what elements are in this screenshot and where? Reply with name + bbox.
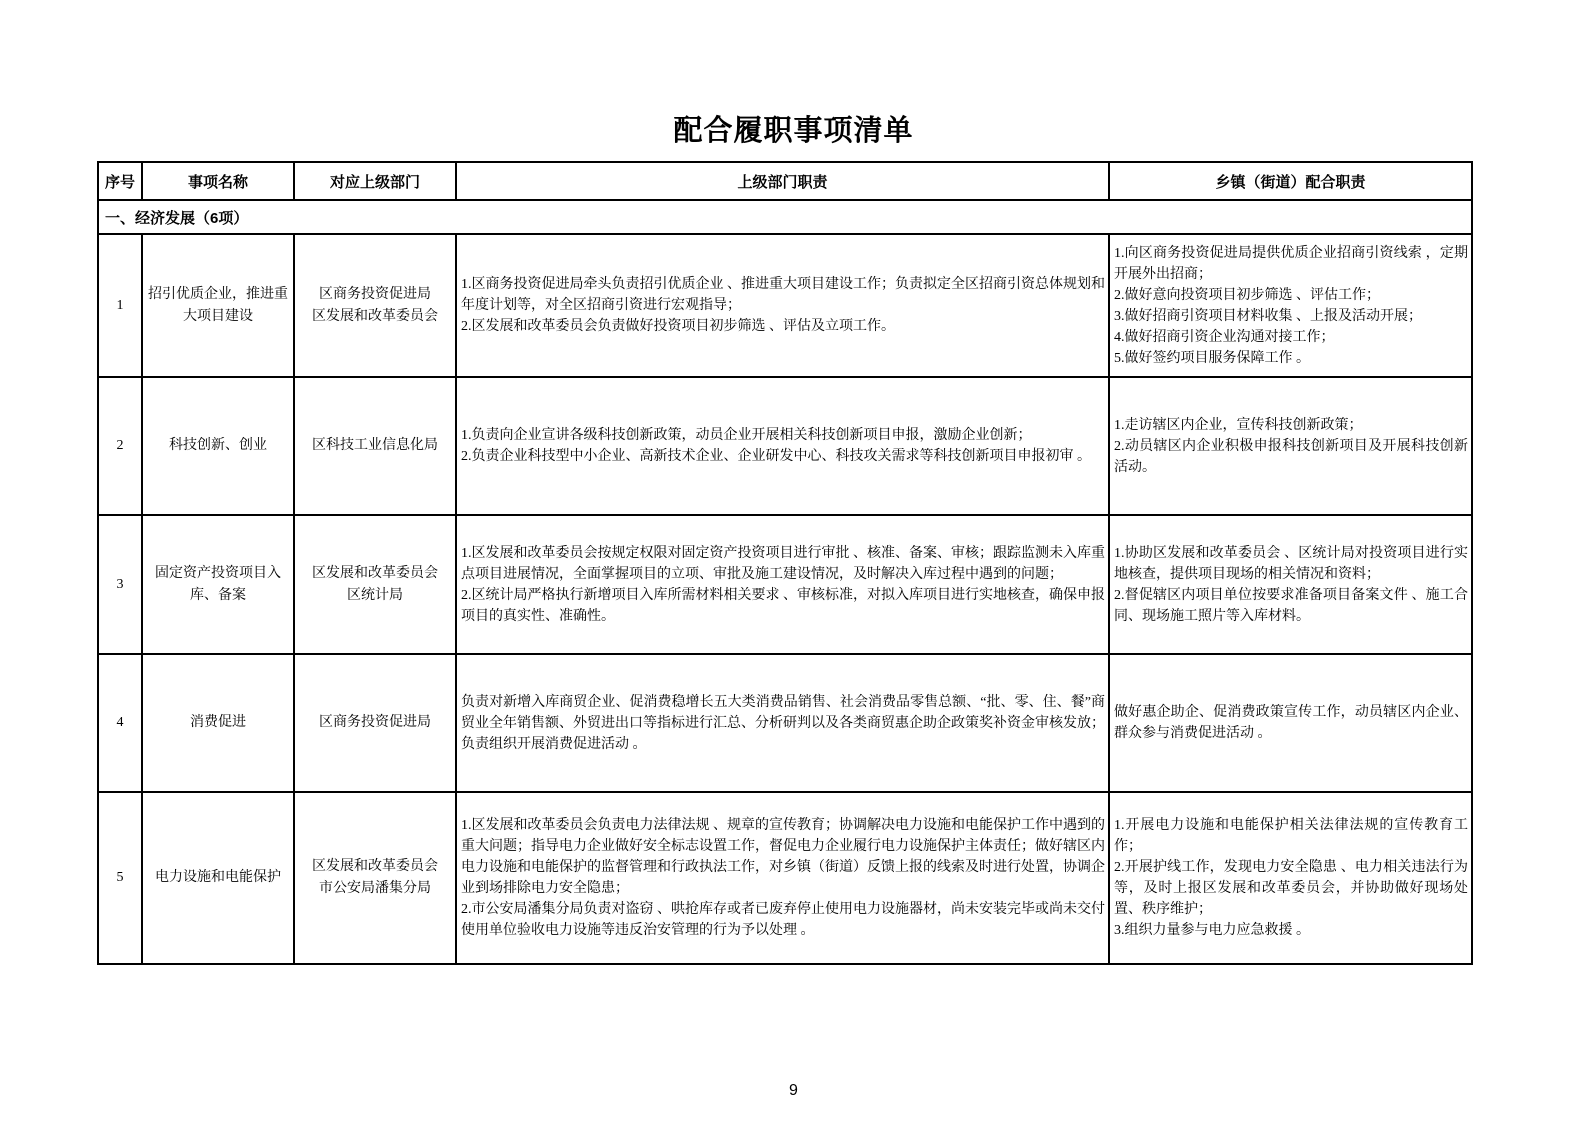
table-row: 2 科技创新、创业 区科技工业信息化局 1.负责向企业宣讲各级科技创新政策，动员…: [98, 377, 1472, 515]
cell-superior-duty: 1.区商务投资促进局牵头负责招引优质企业 、推进重大项目建设工作；负责拟定全区招…: [456, 234, 1109, 377]
cell-row-number: 5: [98, 792, 142, 964]
cell-superior-duty: 1.区发展和改革委员会按规定权限对固定资产投资项目进行审批 、核准、备案、审核；…: [456, 515, 1109, 654]
page-title: 配合履职事项清单: [0, 108, 1587, 149]
section-title: 一、经济发展（6项）: [98, 200, 1472, 234]
cell-item-name: 消费促进: [142, 654, 294, 792]
section-row-economic-development: 一、经济发展（6项）: [98, 200, 1472, 234]
column-header-item-name: 事项名称: [142, 162, 294, 200]
page-number: 9: [0, 1082, 1587, 1100]
cell-item-name: 招引优质企业，推进重大项目建设: [142, 234, 294, 377]
duty-table: 序号 事项名称 对应上级部门 上级部门职责 乡镇（街道）配合职责 一、经济发展（…: [97, 161, 1473, 965]
cell-township-coop-duty: 1.开展电力设施和电能保护相关法律法规的宣传教育工作； 2.开展护线工作，发现电…: [1109, 792, 1472, 964]
table-row: 3 固定资产投资项目入库、备案 区发展和改革委员会 区统计局 1.区发展和改革委…: [98, 515, 1472, 654]
cell-row-number: 4: [98, 654, 142, 792]
table-row: 4 消费促进 区商务投资促进局 负责对新增入库商贸企业、促消费稳增长五大类消费品…: [98, 654, 1472, 792]
cell-township-coop-duty: 做好惠企助企、促消费政策宣传工作，动员辖区内企业、群众参与消费促进活动 。: [1109, 654, 1472, 792]
column-header-superior-duty: 上级部门职责: [456, 162, 1109, 200]
cell-township-coop-duty: 1.向区商务投资促进局提供优质企业招商引资线索 ，定期开展外出招商； 2.做好意…: [1109, 234, 1472, 377]
cell-superior-dept: 区发展和改革委员会 区统计局: [294, 515, 456, 654]
cell-row-number: 1: [98, 234, 142, 377]
cell-superior-duty: 负责对新增入库商贸企业、促消费稳增长五大类消费品销售、社会消费品零售总额、“批、…: [456, 654, 1109, 792]
cell-superior-dept: 区科技工业信息化局: [294, 377, 456, 515]
table-header-row: 序号 事项名称 对应上级部门 上级部门职责 乡镇（街道）配合职责: [98, 162, 1472, 200]
table-row: 1 招引优质企业，推进重大项目建设 区商务投资促进局 区发展和改革委员会 1.区…: [98, 234, 1472, 377]
cell-superior-dept: 区商务投资促进局 区发展和改革委员会: [294, 234, 456, 377]
cell-row-number: 3: [98, 515, 142, 654]
cell-township-coop-duty: 1.走访辖区内企业，宣传科技创新政策； 2.动员辖区内企业积极申报科技创新项目及…: [1109, 377, 1472, 515]
cell-row-number: 2: [98, 377, 142, 515]
cell-superior-dept: 区商务投资促进局: [294, 654, 456, 792]
cell-superior-duty: 1.负责向企业宣讲各级科技创新政策，动员企业开展相关科技创新项目申报，激励企业创…: [456, 377, 1109, 515]
column-header-township-coop-duty: 乡镇（街道）配合职责: [1109, 162, 1472, 200]
table-row: 5 电力设施和电能保护 区发展和改革委员会 市公安局潘集分局 1.区发展和改革委…: [98, 792, 1472, 964]
column-header-superior-dept: 对应上级部门: [294, 162, 456, 200]
cell-township-coop-duty: 1.协助区发展和改革委员会 、区统计局对投资项目进行实地核查，提供项目现场的相关…: [1109, 515, 1472, 654]
column-header-no: 序号: [98, 162, 142, 200]
cell-superior-dept: 区发展和改革委员会 市公安局潘集分局: [294, 792, 456, 964]
cell-item-name: 固定资产投资项目入库、备案: [142, 515, 294, 654]
cell-item-name: 电力设施和电能保护: [142, 792, 294, 964]
cell-superior-duty: 1.区发展和改革委员会负责电力法律法规 、规章的宣传教育；协调解决电力设施和电能…: [456, 792, 1109, 964]
cell-item-name: 科技创新、创业: [142, 377, 294, 515]
